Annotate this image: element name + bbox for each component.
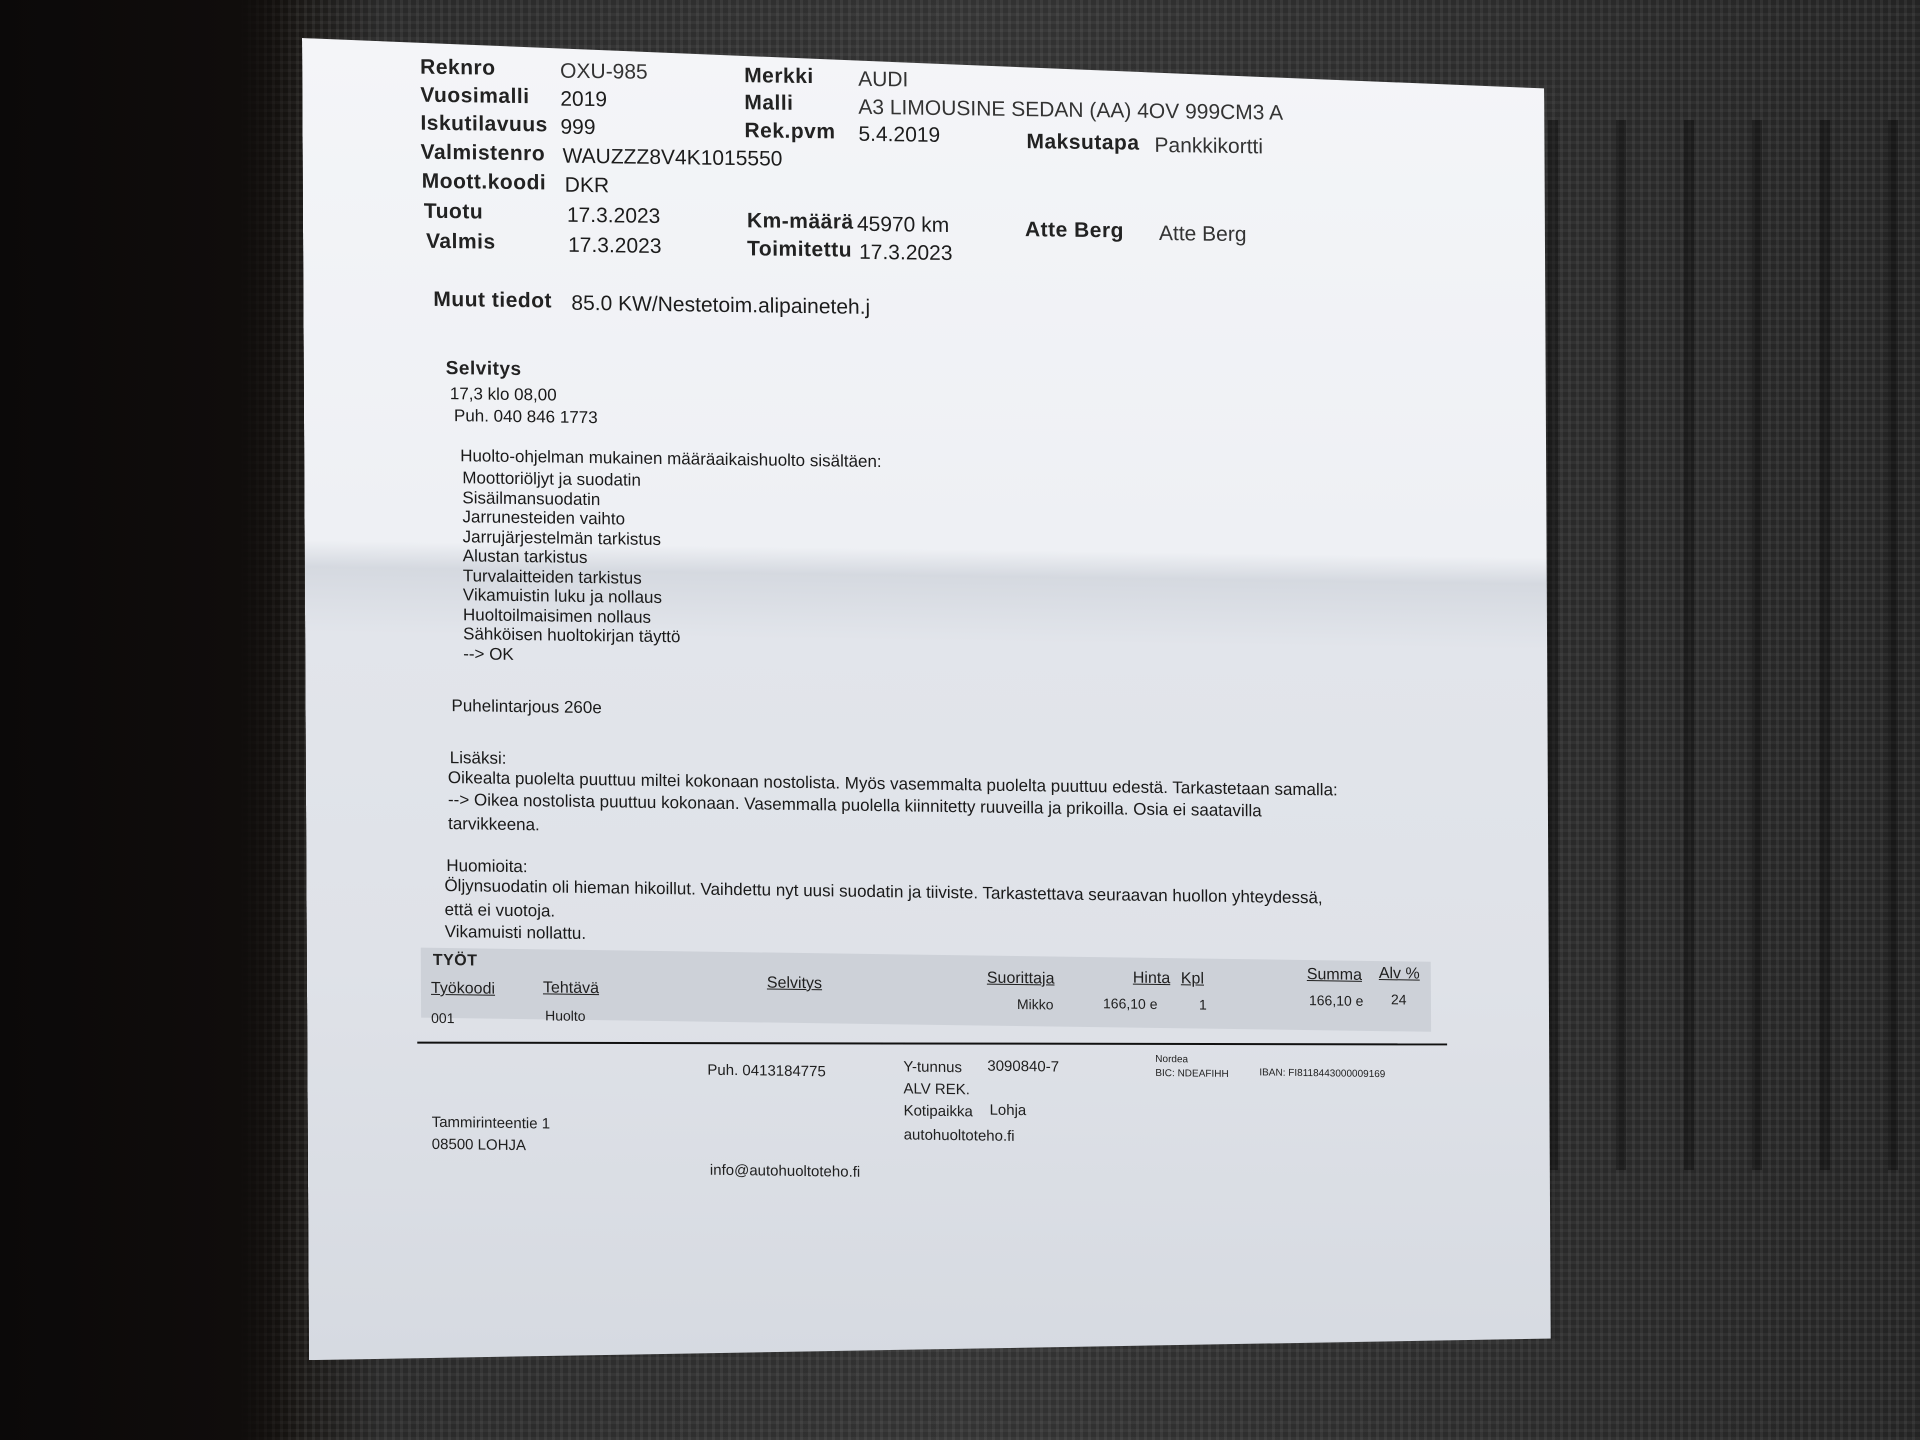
ytunnus-label: Y-tunnus	[903, 1058, 962, 1076]
kotipaikka-value: Lohja	[990, 1102, 1027, 1120]
cell-summa: 166,10 e	[1309, 992, 1364, 1009]
muut-tiedot-value: 85.0 KW/Nestetoim.alipaineteh.j	[571, 292, 870, 320]
work-table-title: TYÖT	[433, 952, 478, 971]
seat-shadow	[0, 0, 300, 1440]
address-street: Tammirinteentie 1	[432, 1114, 550, 1133]
alv-rek: ALV REK.	[903, 1080, 970, 1098]
cell-kpl: 1	[1199, 997, 1207, 1013]
vuosimalli-label: Vuosimalli	[420, 84, 529, 110]
valmistenro-label: Valmistenro	[421, 141, 546, 167]
maksutapa-value: Pankkikortti	[1154, 134, 1263, 160]
service-invoice-paper: Reknro OXU-985 Vuosimalli 2019 Iskutilav…	[302, 38, 1551, 1377]
col-selvitys: Selvitys	[767, 975, 822, 994]
invoice-document: Reknro OXU-985 Vuosimalli 2019 Iskutilav…	[302, 38, 1551, 1377]
customer-value: Atte Berg	[1159, 222, 1247, 247]
phone-offer: Puhelintarjous 260e	[451, 696, 601, 718]
tuotu-label: Tuotu	[424, 200, 483, 225]
service-item: --> OK	[463, 644, 680, 667]
service-item: Vikamuistin luku ja nollaus	[463, 585, 680, 608]
iskutilavuus-label: Iskutilavuus	[420, 112, 548, 138]
company-email: info@autohuoltoteho.fi	[710, 1162, 860, 1181]
lisaksi-title: Lisäksi:	[450, 748, 507, 769]
huomioita-line: Öljynsuodatin oli hieman hikoillut. Vaih…	[444, 876, 1322, 908]
iskutilavuus-value: 999	[560, 116, 595, 140]
cell-tyokoodi: 001	[431, 1010, 454, 1026]
kmmaara-label: Km-määrä	[747, 209, 854, 234]
huomioita-line: Vikamuisti nollattu.	[445, 922, 587, 944]
toimitettu-value: 17.3.2023	[859, 241, 953, 266]
service-checklist: Moottoriöljyt ja suodatin Sisäilmansuoda…	[462, 468, 680, 666]
bank-name: Nordea	[1155, 1054, 1188, 1065]
valmistenro-value: WAUZZZ8V4K1015550	[563, 145, 783, 172]
table-bottom-rule	[417, 1042, 1447, 1046]
col-suorittaja: Suorittaja	[987, 970, 1055, 989]
cell-tehtava: Huolto	[545, 1007, 586, 1024]
service-item: Sähköisen huoltokirjan täyttö	[463, 624, 680, 647]
rekpvm-value: 5.4.2019	[858, 123, 940, 148]
moottkoodi-value: DKR	[565, 174, 609, 199]
selvitys-time: 17,3 klo 08,00	[450, 384, 557, 405]
valmis-value: 17.3.2023	[568, 234, 662, 259]
cell-alv: 24	[1391, 991, 1407, 1007]
customer-label: Atte Berg	[1025, 218, 1124, 243]
reknro-label: Reknro	[420, 56, 495, 81]
vuosimalli-value: 2019	[560, 88, 607, 113]
rekpvm-label: Rek.pvm	[744, 119, 835, 144]
maksutapa-label: Maksutapa	[1026, 130, 1139, 156]
service-item: Alustan tarkistus	[463, 546, 680, 569]
col-kpl: Kpl	[1181, 970, 1204, 988]
lisaksi-line: tarvikkeena.	[448, 814, 540, 835]
bank-bic: BIC: NDEAFIHH	[1155, 1068, 1228, 1080]
cell-suorittaja: Mikko	[1017, 996, 1054, 1013]
malli-label: Malli	[744, 91, 793, 116]
service-item: Jarrunesteiden vaihto	[462, 507, 679, 530]
valmis-label: Valmis	[426, 230, 496, 255]
kmmaara-value: 45970 km	[857, 213, 949, 238]
toimitettu-label: Toimitettu	[747, 237, 852, 262]
merkki-value: AUDI	[858, 68, 908, 93]
moottkoodi-label: Moott.koodi	[422, 170, 547, 196]
service-item: Moottoriöljyt ja suodatin	[462, 468, 679, 491]
col-tyokoodi: Työkoodi	[431, 980, 495, 999]
col-summa: Summa	[1307, 966, 1362, 985]
company-website: autohuoltoteho.fi	[904, 1126, 1015, 1145]
col-tehtava: Tehtävä	[543, 979, 599, 998]
col-alv: Alv %	[1379, 965, 1420, 984]
huomioita-line: että ei vuotoja.	[445, 900, 556, 922]
muut-tiedot-label: Muut tiedot	[433, 288, 552, 314]
selvitys-phone: Puh. 040 846 1773	[454, 406, 598, 428]
ytunnus-value: 3090840-7	[987, 1058, 1059, 1076]
malli-value: A3 LIMOUSINE SEDAN (AA) 4OV 999CM3 A	[858, 96, 1283, 126]
col-hinta: Hinta	[1133, 970, 1170, 989]
kotipaikka-label: Kotipaikka	[904, 1102, 973, 1120]
tuotu-value: 17.3.2023	[567, 204, 661, 229]
cell-hinta: 166,10 e	[1103, 995, 1158, 1012]
bank-iban: IBAN: FI8118443000009169	[1259, 1067, 1385, 1080]
huomioita-title: Huomioita:	[446, 856, 527, 877]
address-city: 08500 LOHJA	[432, 1136, 526, 1154]
company-phone: Puh. 0413184775	[707, 1062, 826, 1081]
selvitys-title: Selvitys	[446, 358, 522, 381]
reknro-value: OXU-985	[560, 60, 648, 85]
merkki-label: Merkki	[744, 64, 814, 89]
